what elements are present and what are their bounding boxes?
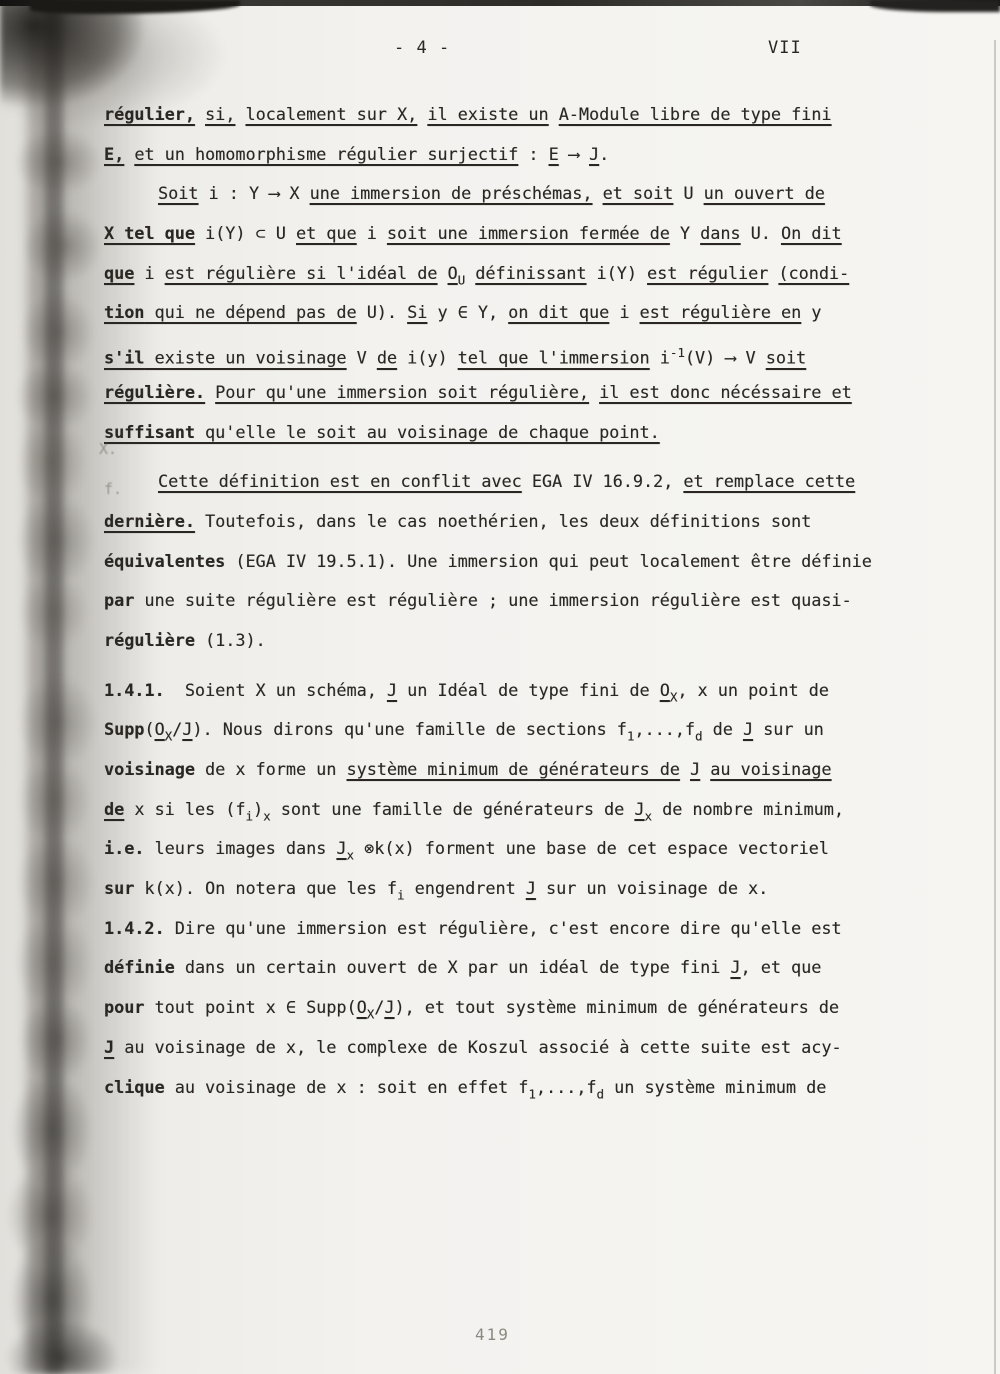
page-number-top: - 4 -: [394, 38, 450, 58]
text-line: i.e. leurs images dans Jx ⊗k(x) forment …: [104, 829, 894, 869]
text-body: régulier, si, localement sur X, il exist…: [104, 95, 894, 1107]
text-line: E, et un homomorphisme régulier surjecti…: [104, 135, 894, 175]
ghost-mark: X.: [99, 440, 117, 458]
text-line: régulière. Pour qu'une immersion soit ré…: [104, 373, 894, 413]
text-line: Supp(OX/J). Nous dirons qu'une famille d…: [104, 710, 894, 750]
text-line: suffisant qu'elle le soit au voisinage d…: [104, 413, 894, 453]
text-line: Cette définition est en conflit avec EGA…: [104, 462, 894, 502]
text-line: X tel que i(Y) ⊂ U et que i soit une imm…: [104, 214, 894, 254]
text-line: pour tout point x ∈ Supp(OX/J), et tout …: [104, 988, 894, 1028]
text-line: 1.4.1. Soient X un schéma, J un Idéal de…: [104, 671, 894, 711]
text-line: que i est régulière si l'idéal de OU déf…: [104, 254, 894, 294]
page-number-bottom: 419: [475, 1325, 510, 1344]
text-line: de x si les (fi)x sont une famille de gé…: [104, 790, 894, 830]
text-line: s'il existe un voisinage V de i(y) tel q…: [104, 333, 894, 373]
scanned-page: - 4 - VII régulier, si, localement sur X…: [0, 0, 1000, 1374]
text-line: clique au voisinage de x : soit en effet…: [104, 1068, 894, 1108]
text-line: par une suite régulière est régulière ; …: [104, 581, 894, 621]
text-line: régulière (1.3).: [104, 621, 894, 661]
text-line: Soit i : Y ⟶ X une immersion de préschém…: [104, 174, 894, 214]
text-line: définie dans un certain ouvert de X par …: [104, 948, 894, 988]
text-line: régulier, si, localement sur X, il exist…: [104, 95, 894, 135]
text-line: 1.4.2. Dire qu'une immersion est réguliè…: [104, 909, 894, 949]
text-line: J au voisinage de x, le complexe de Kosz…: [104, 1028, 894, 1068]
text-line: dernière. Toutefois, dans le cas noethér…: [104, 502, 894, 542]
ghost-mark: f.: [104, 480, 122, 498]
text-line: voisinage de x forme un système minimum …: [104, 750, 894, 790]
text-line: tion qui ne dépend pas de U). Si y ∈ Y, …: [104, 293, 894, 333]
text-line: équivalentes (EGA IV 19.5.1). Une immers…: [104, 542, 894, 582]
page-right-edge: [994, 40, 996, 1374]
text-line: sur k(x). On notera que les fi engendren…: [104, 869, 894, 909]
chapter-numeral: VII: [768, 38, 802, 58]
scan-top-edge-right: [870, 0, 1000, 12]
